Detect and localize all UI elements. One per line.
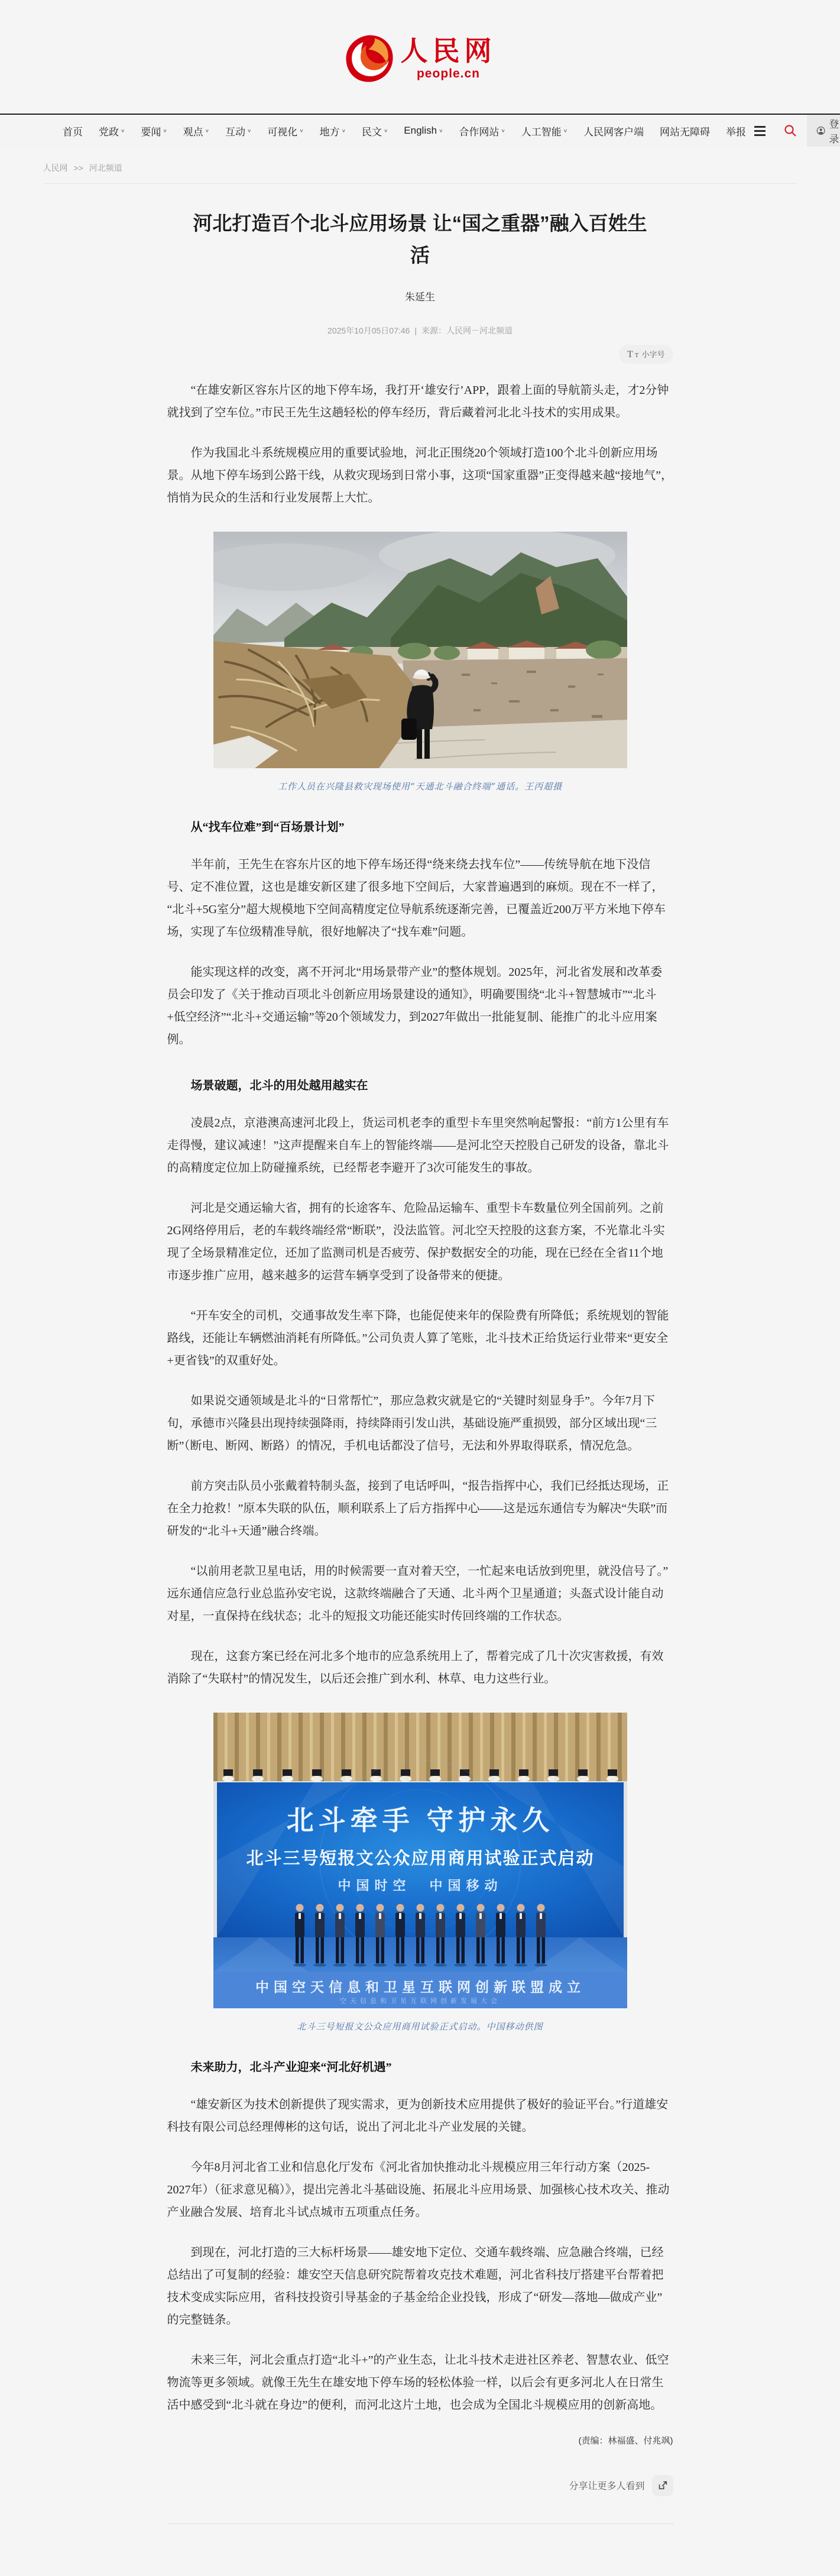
screen-subtitle: 北斗三号短报文公众应用商用试验正式启动 bbox=[246, 1848, 594, 1868]
screen-line3: 中国时空 中国移动 bbox=[338, 1878, 502, 1893]
source-label: 来源： bbox=[421, 326, 446, 335]
nav-item[interactable]: 举报 bbox=[726, 124, 746, 138]
article-paragraph: 今年8月河北省工业和信息化厅发布《河北省加快推动北斗规模应用三年行动方案（202… bbox=[167, 2156, 673, 2224]
nav-item[interactable]: 民文∨ bbox=[362, 124, 388, 138]
article-body: “在雄安新区容东片区的地下停车场，我打开‘雄安行’APP，跟着上面的导航箭头走，… bbox=[167, 379, 673, 2416]
page: 人民网 people.cn 首页党政∨要闻∨观点∨互动∨可视化∨地方∨民文∨En… bbox=[0, 0, 840, 2576]
nav-item-label: English bbox=[404, 125, 437, 137]
font-size-control[interactable]: TT 小字号 bbox=[619, 345, 673, 364]
logo-text: 人民网 people.cn bbox=[401, 38, 497, 80]
nav-list: 首页党政∨要闻∨观点∨互动∨可视化∨地方∨民文∨English∨合作网站∨人工智… bbox=[0, 115, 746, 147]
source-link[interactable]: 人民网－河北频道 bbox=[446, 326, 513, 335]
search-icon[interactable] bbox=[774, 115, 807, 147]
logo-en-text: people.cn bbox=[417, 67, 480, 80]
share-button[interactable] bbox=[652, 2475, 673, 2496]
nav-item-label: 举报 bbox=[726, 124, 746, 138]
nav-item[interactable]: 可视化∨ bbox=[267, 124, 303, 138]
login-label: 登录 bbox=[829, 116, 840, 145]
article-paragraph: 河北是交通运输大省，拥有的长途客车、危险品运输车、重型卡车数量位列全国前列。之前… bbox=[167, 1197, 673, 1287]
disaster-photo bbox=[213, 532, 627, 768]
login-button[interactable]: 登录 bbox=[807, 115, 840, 147]
nav-item[interactable]: 地方∨ bbox=[320, 124, 346, 138]
logo-cn-text: 人民网 bbox=[401, 38, 497, 65]
article-paragraph: “雄安新区为技术创新提供了现实需求，更为创新技术应用提供了极好的验证平台。”行道… bbox=[167, 2093, 673, 2138]
chevron-down-icon: ∨ bbox=[247, 128, 251, 134]
nav-item[interactable]: 网站无障碍 bbox=[660, 124, 710, 138]
figure-caption: 工作人员在兴隆县救灾现场使用“天通北斗融合终端”通话。王丙超摄 bbox=[213, 780, 627, 792]
article: 河北打造百个北斗应用场景 让“国之重器”融入百姓生活 朱延生 2025年10月0… bbox=[167, 208, 673, 2576]
article-paragraph: 未来三年，河北会重点打造“北斗+”的产业生态，让北斗技术走进社区养老、智慧农业、… bbox=[167, 2349, 673, 2416]
article-paragraph: 现在，这套方案已经在河北多个地市的应急系统用上了，帮着完成了几十次灾害救援，有效… bbox=[167, 1645, 673, 1690]
share-row: 分享让更多人看到 bbox=[167, 2475, 673, 2496]
nav-item-label: 党政 bbox=[99, 124, 119, 138]
breadcrumb-site-link[interactable]: 人民网 bbox=[43, 163, 68, 173]
banner-subtext: 空天信息和卫星互联网创新发展大会 bbox=[340, 1996, 501, 2005]
chevron-down-icon: ∨ bbox=[501, 128, 505, 134]
article-paragraph: 能实现这样的改变，离不开河北“用场景带产业”的整体规划。2025年，河北省发展和… bbox=[167, 961, 673, 1051]
chevron-down-icon: ∨ bbox=[121, 128, 125, 134]
meta-separator: | bbox=[414, 326, 417, 335]
section-heading: 未来助力，北斗产业迎来“河北好机遇” bbox=[167, 2057, 673, 2075]
chevron-down-icon: ∨ bbox=[384, 128, 388, 134]
article-paragraph: 前方突击队员小张戴着特制头盔，接到了电话呼叫，“报告指挥中心，我们已经抵达现场，… bbox=[167, 1475, 673, 1542]
article-paragraph: 到现在，河北打造的三大标杆场景——雄安地下定位、交通车载终端、应急融合终端，已经… bbox=[167, 2241, 673, 2331]
chevron-down-icon: ∨ bbox=[563, 128, 567, 134]
nav-item-label: 民文 bbox=[362, 124, 382, 138]
breadcrumb: 人民网 >> 河北频道 bbox=[43, 147, 797, 184]
nav-item-label: 可视化 bbox=[267, 124, 297, 138]
section-heading: 从“找车位难”到“百场景计划” bbox=[167, 817, 673, 834]
breadcrumb-separator: >> bbox=[73, 163, 83, 173]
top-nav: 首页党政∨要闻∨观点∨互动∨可视化∨地方∨民文∨English∨合作网站∨人工智… bbox=[0, 114, 840, 147]
share-label: 分享让更多人看到 bbox=[569, 2478, 644, 2492]
screen-title: 北斗牵手 守护永久 bbox=[286, 1805, 554, 1836]
article-paragraph: “在雄安新区容东片区的地下停车场，我打开‘雄安行’APP，跟着上面的导航箭头走，… bbox=[167, 379, 673, 424]
chevron-down-icon: ∨ bbox=[342, 128, 346, 134]
site-header: 人民网 people.cn bbox=[0, 0, 840, 114]
font-size-label: 小字号 bbox=[641, 348, 664, 360]
font-size-row: TT 小字号 bbox=[167, 345, 673, 364]
nav-item[interactable]: English∨ bbox=[404, 125, 443, 137]
nav-item-label: 网站无障碍 bbox=[660, 124, 710, 138]
nav-item[interactable]: 观点∨ bbox=[183, 124, 209, 138]
hamburger-icon[interactable] bbox=[746, 115, 774, 147]
figure-ceremony-photo: 北斗牵手 守护永久 北斗三号短报文公众应用商用试验正式启动 中国时空 中国移动 … bbox=[213, 1713, 627, 2033]
logo-swoosh-icon bbox=[344, 33, 395, 84]
banner-text: 中国空天信息和卫星互联网创新联盟成立 bbox=[255, 1979, 585, 1995]
chevron-down-icon: ∨ bbox=[439, 128, 443, 134]
nav-item[interactable]: 合作网站∨ bbox=[459, 124, 505, 138]
people-cn-logo[interactable]: 人民网 people.cn bbox=[344, 33, 497, 84]
article-title: 河北打造百个北斗应用场景 让“国之重器”融入百姓生活 bbox=[184, 208, 657, 272]
chevron-down-icon: ∨ bbox=[205, 128, 209, 134]
figure-disaster-photo: 工作人员在兴隆县救灾现场使用“天通北斗融合终端”通话。王丙超摄 bbox=[213, 532, 627, 792]
nav-item[interactable]: 人民网客户端 bbox=[583, 124, 644, 138]
nav-item-label: 观点 bbox=[183, 124, 203, 138]
nav-item-label: 要闻 bbox=[141, 124, 161, 138]
chevron-down-icon: ∨ bbox=[163, 128, 167, 134]
page-end-pad bbox=[167, 2524, 673, 2576]
article-paragraph: 半年前，王先生在容东片区的地下停车场还得“绕来绕去找车位”——传统导航在地下没信… bbox=[167, 853, 673, 943]
nav-item-label: 地方 bbox=[320, 124, 340, 138]
nav-right: 登录 bbox=[746, 115, 840, 147]
article-paragraph: 作为我国北斗系统规模应用的重要试验地，河北正围绕20个领域打造100个北斗创新应… bbox=[167, 442, 673, 509]
nav-item[interactable]: 首页 bbox=[63, 124, 83, 138]
nav-item-label: 互动 bbox=[225, 124, 245, 138]
editor-credit: (责编：林福盛、付兆飒) bbox=[167, 2434, 673, 2446]
nav-item[interactable]: 互动∨ bbox=[225, 124, 251, 138]
ceremony-photo: 北斗牵手 守护永久 北斗三号短报文公众应用商用试验正式启动 中国时空 中国移动 … bbox=[213, 1713, 627, 2008]
article-meta: 2025年10月05日07:46|来源：人民网－河北频道 bbox=[167, 325, 673, 336]
user-icon bbox=[816, 124, 825, 137]
article-paragraph: 凌晨2点，京港澳高速河北段上，货运司机老李的重型卡车里突然响起警报：“前方1公里… bbox=[167, 1112, 673, 1179]
font-size-icon: T bbox=[627, 349, 633, 360]
breadcrumb-channel-link[interactable]: 河北频道 bbox=[89, 163, 122, 173]
nav-item-label: 人工智能 bbox=[521, 124, 562, 138]
share-export-icon bbox=[657, 2480, 668, 2491]
chevron-down-icon: ∨ bbox=[299, 128, 303, 134]
article-paragraph: “以前用老款卫星电话，用的时候需要一直对着天空，一忙起来电话放到兜里，就没信号了… bbox=[167, 1560, 673, 1627]
nav-item-label: 合作网站 bbox=[459, 124, 499, 138]
publish-date: 2025年10月05日07:46 bbox=[327, 326, 410, 335]
nav-item[interactable]: 人工智能∨ bbox=[521, 124, 567, 138]
nav-item[interactable]: 党政∨ bbox=[99, 124, 125, 138]
nav-item-label: 人民网客户端 bbox=[583, 124, 644, 138]
nav-item[interactable]: 要闻∨ bbox=[141, 124, 167, 138]
nav-item-label: 首页 bbox=[63, 124, 83, 138]
article-author: 朱延生 bbox=[167, 289, 673, 303]
article-paragraph: “开车安全的司机，交通事故发生率下降，也能促使来年的保险费有所降低；系统规划的智… bbox=[167, 1305, 673, 1372]
section-heading: 场景破题，北斗的用处越用越实在 bbox=[167, 1076, 673, 1093]
article-paragraph: 如果说交通领域是北斗的“日常帮忙”，那应急救灾就是它的“关键时刻显身手”。今年7… bbox=[167, 1390, 673, 1457]
figure-caption: 北斗三号短报文公众应用商用试验正式启动。中国移动供图 bbox=[213, 2020, 627, 2033]
